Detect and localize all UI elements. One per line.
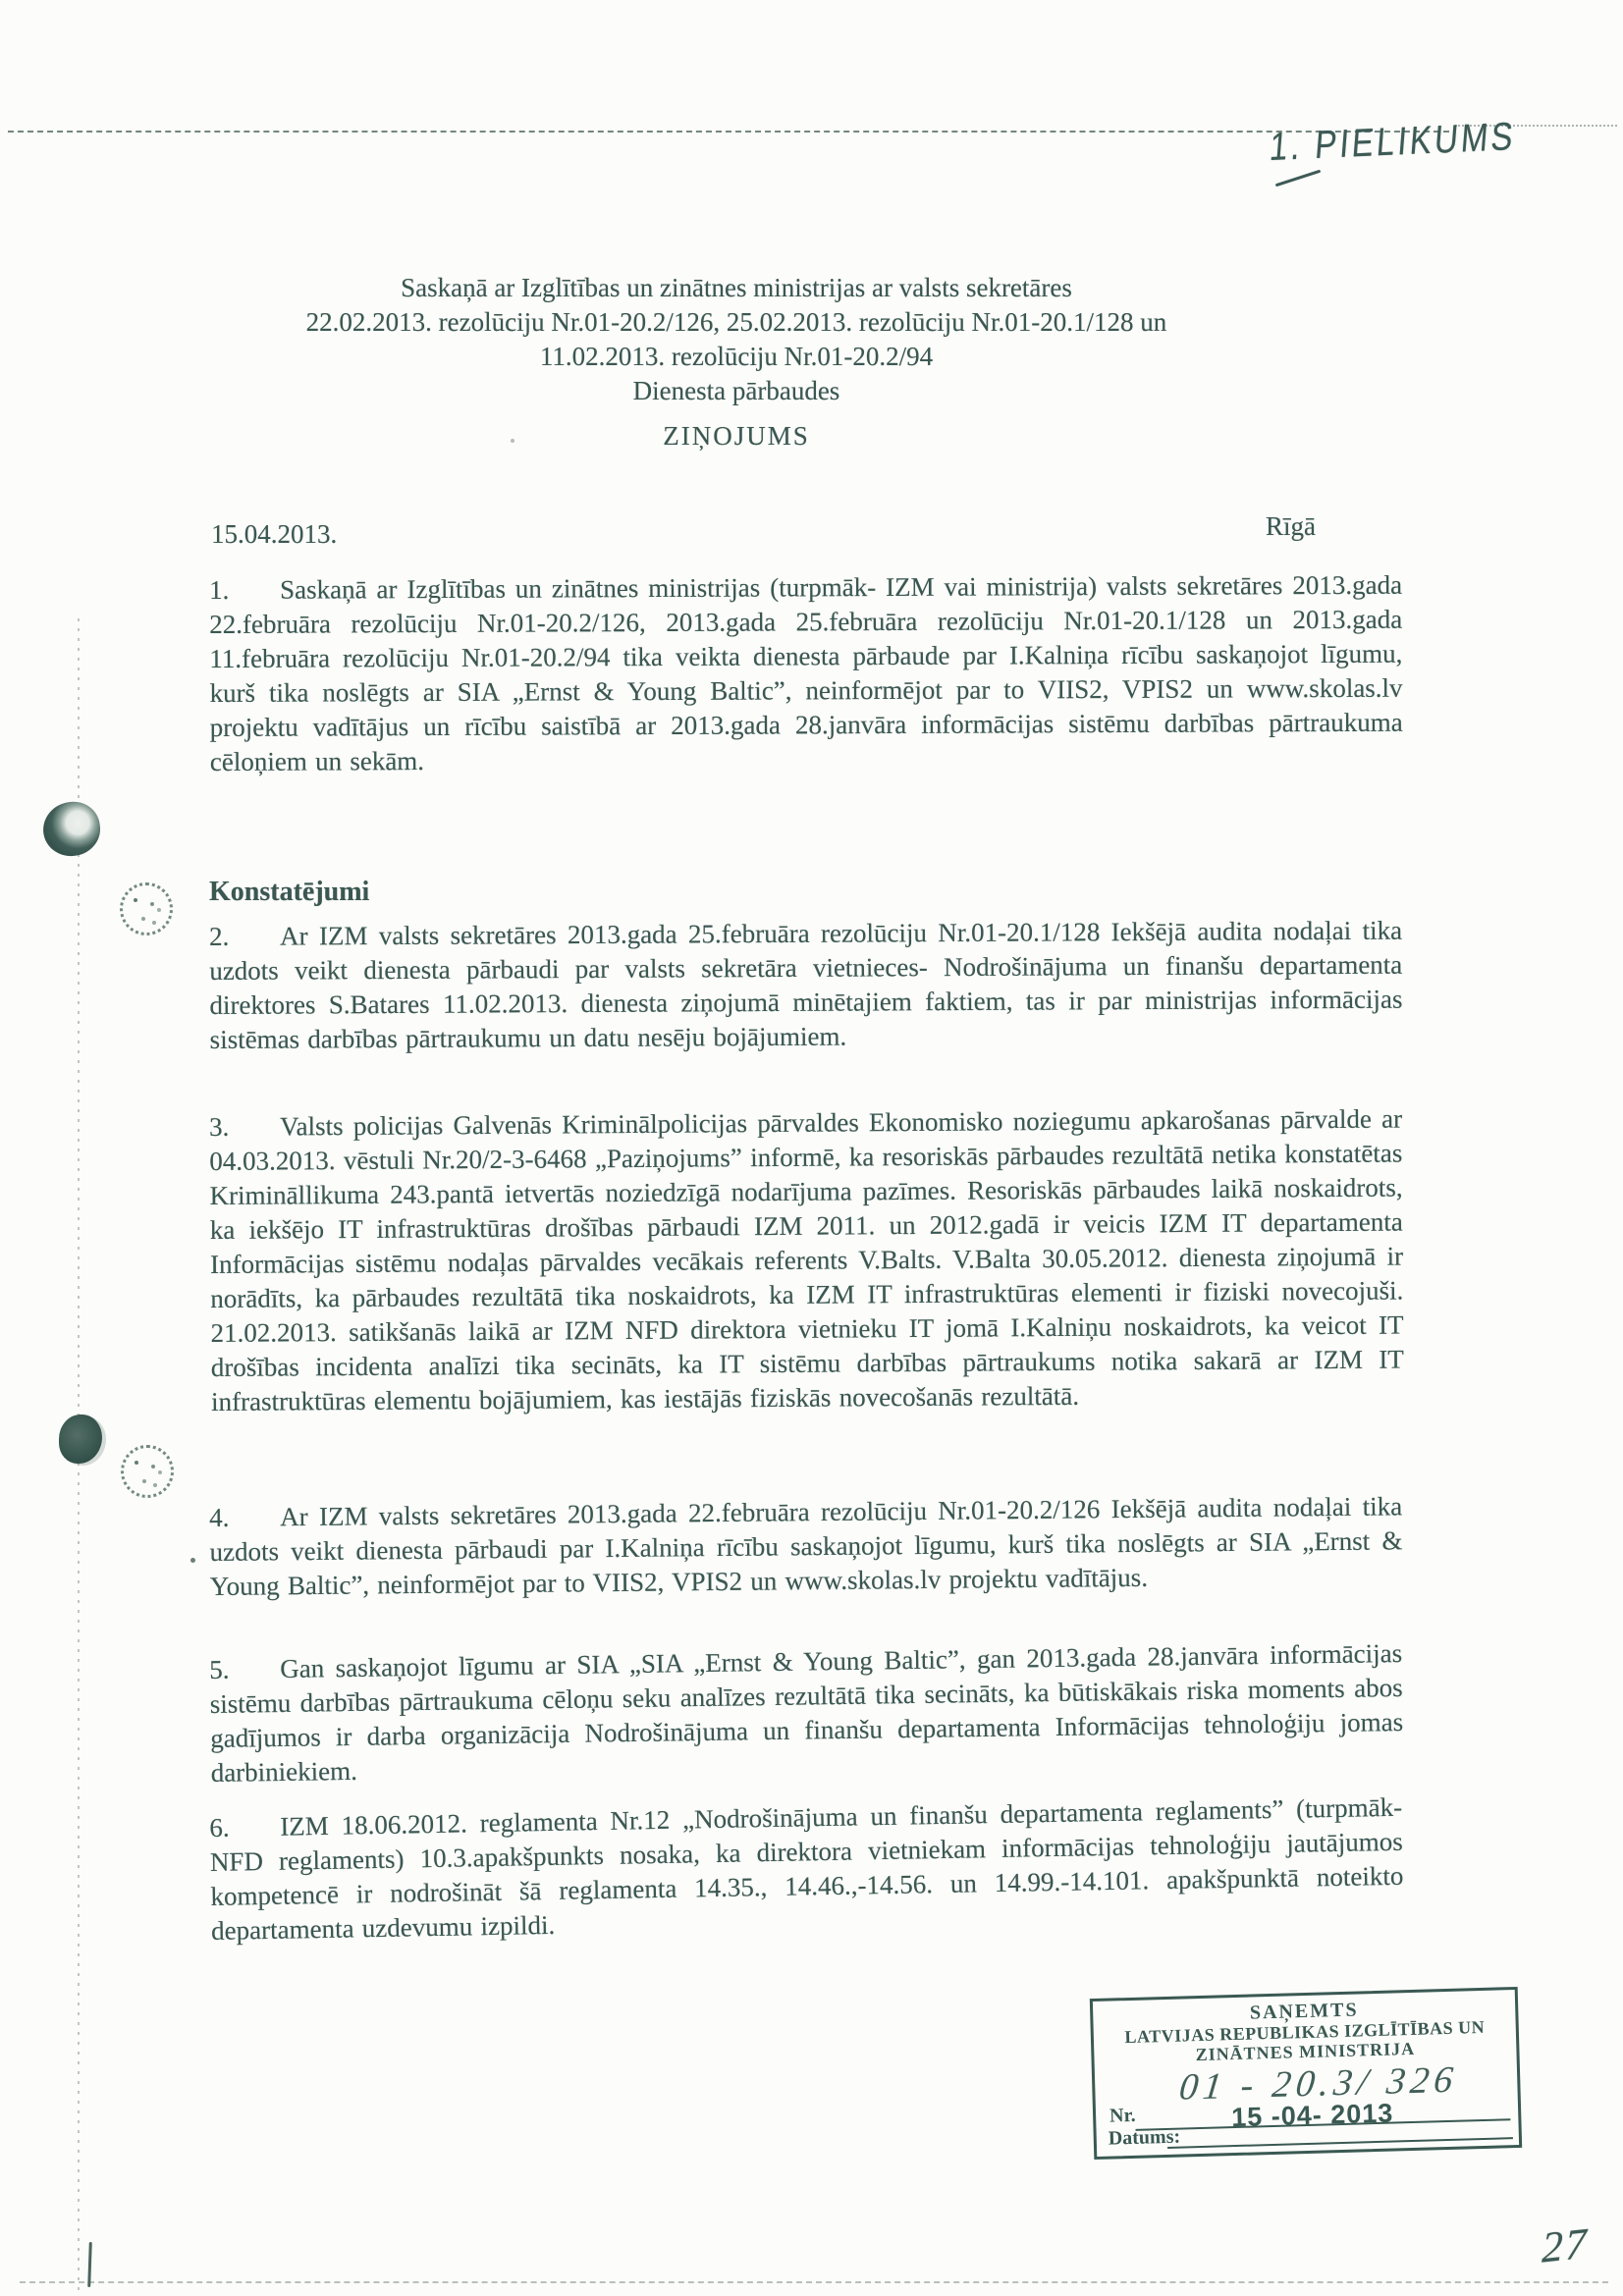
stamp-number-label: Nr. xyxy=(1109,2105,1136,2128)
paragraph-3: 3.Valsts policijas Galvenās Kriminālpoli… xyxy=(209,1102,1404,1419)
approval-line-2: 22.02.2013. rezolūciju Nr.01-20.2/126, 2… xyxy=(211,305,1262,340)
paragraph-number: 1. xyxy=(209,573,280,608)
top-dashed-scan-line xyxy=(8,131,1449,133)
document-title: ZIŅOJUMS xyxy=(211,419,1262,454)
paragraph-number: 4. xyxy=(209,1500,280,1535)
circular-stamp-stain xyxy=(121,1445,174,1498)
approval-line-3: 11.02.2013. rezolūciju Nr.01-20.2/94 xyxy=(211,340,1262,374)
paragraph-text: Saskaņā ar Izglītības un zinātnes minist… xyxy=(209,570,1403,776)
circular-stamp-stain xyxy=(120,882,173,935)
paragraph-6: 6.IZM 18.06.2012. reglamenta Nr.12 „Nodr… xyxy=(209,1790,1404,1949)
handwritten-annex-note: 1. PIELIKUMS xyxy=(1268,115,1517,170)
stamp-date-value: 15 -04- 2013 xyxy=(1231,2099,1394,2134)
bottom-dashed-scan-line xyxy=(20,2281,1608,2283)
received-stamp: SAŅEMTS LATVIJAS REPUBLIKAS IZGLĪTĪBAS U… xyxy=(1090,1987,1522,2160)
paragraph-text: Gan saskaņojot līgumu ar SIA „SIA „Ernst… xyxy=(210,1638,1404,1788)
findings-heading: Konstatējumi xyxy=(209,877,369,908)
document-date: 15.04.2013. xyxy=(211,519,337,550)
scan-speck xyxy=(190,1558,195,1563)
document-header: Saskaņā ar Izglītības un zinātnes minist… xyxy=(211,271,1262,454)
paragraph-2: 2.Ar IZM valsts sekretāres 2013.gada 25.… xyxy=(209,914,1403,1057)
stamp-date-underline xyxy=(1167,2137,1513,2149)
ink-blob-stain xyxy=(59,1415,102,1464)
paragraph-text: Ar IZM valsts sekretāres 2013.gada 22.fe… xyxy=(209,1491,1402,1601)
paragraph-text: IZM 18.06.2012. reglamenta Nr.12 „Nodroš… xyxy=(210,1792,1404,1946)
paragraph-5: 5.Gan saskaņojot līgumu ar SIA „SIA „Ern… xyxy=(209,1636,1404,1790)
scanned-document-page: 1. PIELIKUMS Saskaņā ar Izglītības un zi… xyxy=(0,0,1623,2296)
approval-line-1: Saskaņā ar Izglītības un zinātnes minist… xyxy=(211,271,1262,305)
paragraph-number: 6. xyxy=(209,1810,281,1845)
paragraph-text: Valsts policijas Galvenās Kriminālpolici… xyxy=(209,1104,1404,1416)
handwritten-page-number: 27 xyxy=(1542,2217,1589,2272)
paragraph-text: Ar IZM valsts sekretāres 2013.gada 25.fe… xyxy=(209,916,1402,1054)
annex-note-underline xyxy=(1275,170,1322,187)
document-subtitle: Dienesta pārbaudes xyxy=(211,374,1262,408)
paragraph-4: 4.Ar IZM valsts sekretāres 2013.gada 22.… xyxy=(209,1489,1403,1604)
paragraph-number: 2. xyxy=(209,920,280,954)
paragraph-1: 1.Saskaņā ar Izglītības un zinātnes mini… xyxy=(209,568,1403,779)
hole-punch-stain xyxy=(39,798,103,860)
paragraph-number: 5. xyxy=(209,1652,280,1687)
document-place: Rīgā xyxy=(1266,511,1316,542)
paragraph-number: 3. xyxy=(209,1109,280,1145)
